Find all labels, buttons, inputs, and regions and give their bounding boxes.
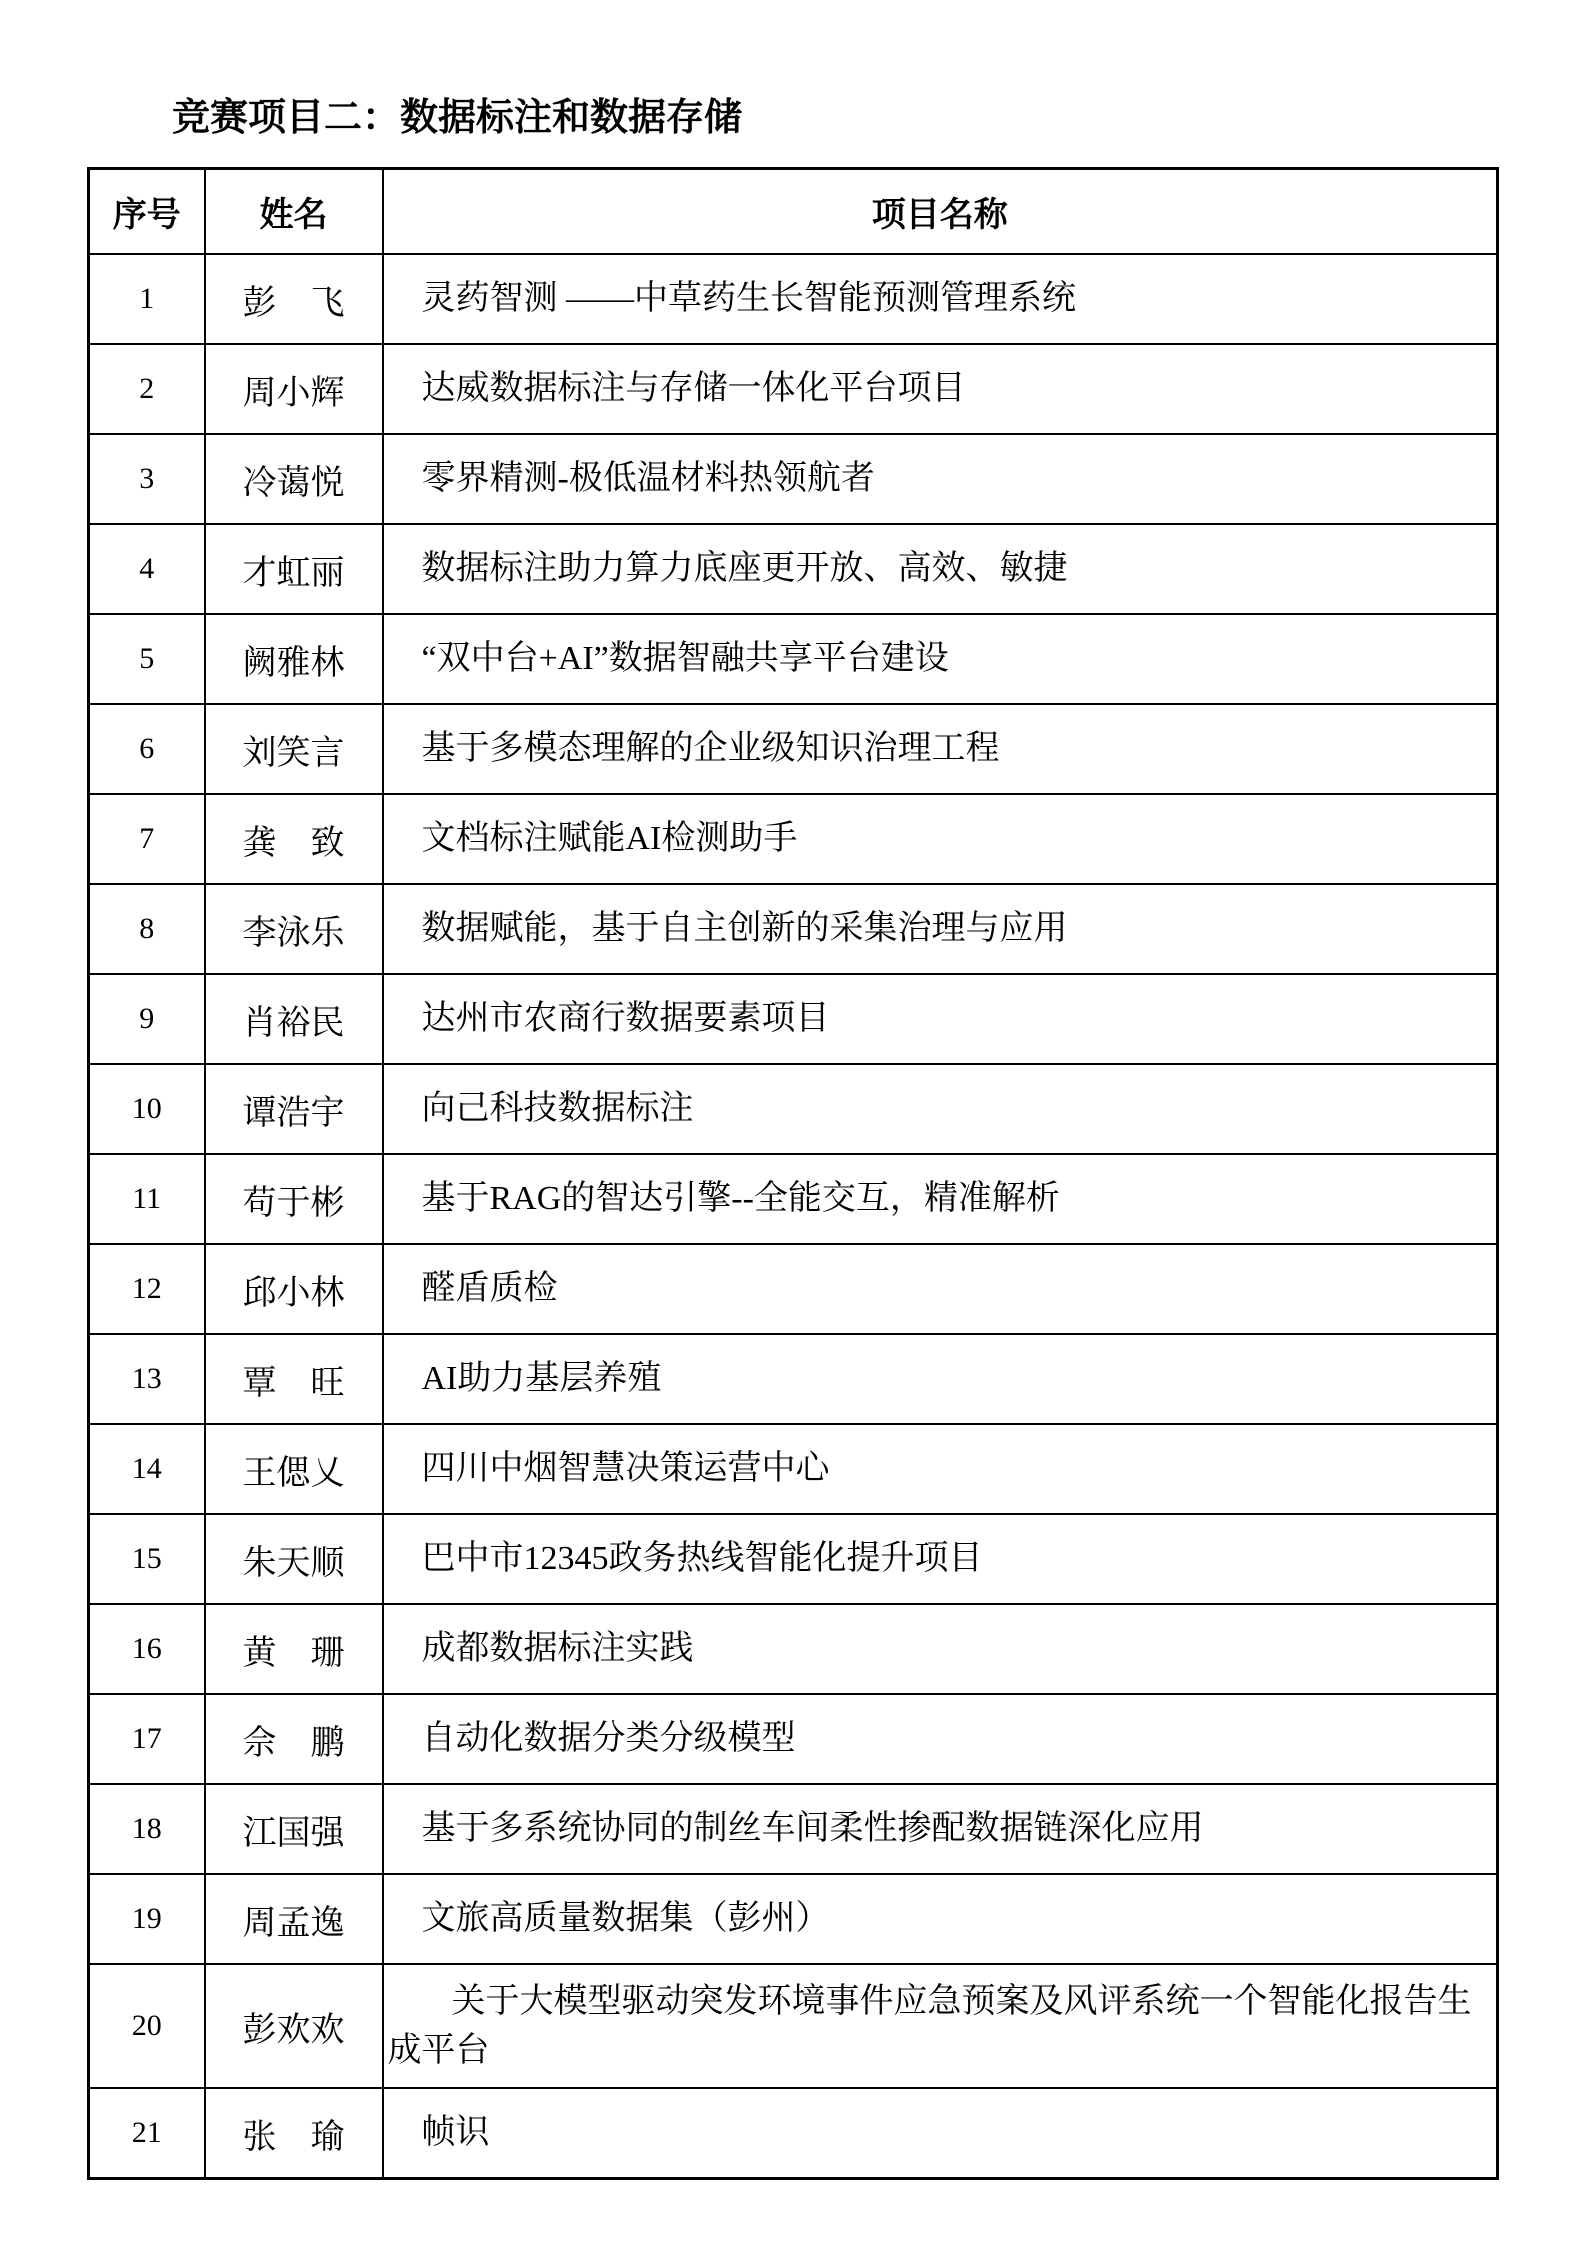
- table-header-row: 序号 姓名 项目名称: [89, 169, 1498, 255]
- document-title: 竞赛项目二：数据标注和数据存储: [172, 96, 742, 142]
- cell-project: 文档标注赋能AI检测助手: [383, 794, 1498, 884]
- cell-name: 才虹丽: [205, 524, 383, 614]
- table-row: 18江国强基于多系统协同的制丝车间柔性掺配数据链深化应用: [89, 1784, 1498, 1874]
- cell-name: 李泳乐: [205, 884, 383, 974]
- cell-project: 数据赋能，基于自主创新的采集治理与应用: [383, 884, 1498, 974]
- header-project: 项目名称: [383, 169, 1498, 255]
- cell-project: 自动化数据分类分级模型: [383, 1694, 1498, 1784]
- table-row: 2周小辉达威数据标注与存储一体化平台项目: [89, 344, 1498, 434]
- table-body: 1彭 飞灵药智测 ——中草药生长智能预测管理系统2周小辉达威数据标注与存储一体化…: [89, 254, 1498, 2179]
- table-row: 11苟于彬基于RAG的智达引擎--全能交互，精准解析: [89, 1154, 1498, 1244]
- table-row: 20彭欢欢关于大模型驱动突发环境事件应急预案及风评系统一个智能化报告生成平台: [89, 1964, 1498, 2088]
- cell-name: 黄 珊: [205, 1604, 383, 1694]
- cell-name: 朱天顺: [205, 1514, 383, 1604]
- cell-name: 彭 飞: [205, 254, 383, 344]
- cell-name: 张 瑜: [205, 2088, 383, 2179]
- cell-project: 关于大模型驱动突发环境事件应急预案及风评系统一个智能化报告生成平台: [383, 1964, 1498, 2088]
- table-row: 13覃 旺AI助力基层养殖: [89, 1334, 1498, 1424]
- cell-project: 巴中市12345政务热线智能化提升项目: [383, 1514, 1498, 1604]
- cell-name: 邱小林: [205, 1244, 383, 1334]
- table-row: 12邱小林醛盾质检: [89, 1244, 1498, 1334]
- cell-serial: 9: [89, 974, 205, 1064]
- table-row: 17佘 鹏自动化数据分类分级模型: [89, 1694, 1498, 1784]
- cell-name: 苟于彬: [205, 1154, 383, 1244]
- table-row: 21张 瑜帧识: [89, 2088, 1498, 2179]
- cell-serial: 5: [89, 614, 205, 704]
- cell-serial: 12: [89, 1244, 205, 1334]
- cell-serial: 4: [89, 524, 205, 614]
- cell-serial: 3: [89, 434, 205, 524]
- header-name: 姓名: [205, 169, 383, 255]
- cell-serial: 21: [89, 2088, 205, 2179]
- header-serial: 序号: [89, 169, 205, 255]
- table-row: 4才虹丽数据标注助力算力底座更开放、高效、敏捷: [89, 524, 1498, 614]
- table-row: 3冷蔼悦零界精测-极低温材料热领航者: [89, 434, 1498, 524]
- cell-project: 达威数据标注与存储一体化平台项目: [383, 344, 1498, 434]
- cell-serial: 17: [89, 1694, 205, 1784]
- cell-name: 彭欢欢: [205, 1964, 383, 2088]
- cell-name: 谭浩宇: [205, 1064, 383, 1154]
- cell-serial: 11: [89, 1154, 205, 1244]
- cell-name: 龚 致: [205, 794, 383, 884]
- table-row: 14王偲乂四川中烟智慧决策运营中心: [89, 1424, 1498, 1514]
- cell-name: 周孟逸: [205, 1874, 383, 1964]
- document-page: 竞赛项目二：数据标注和数据存储 序号 姓名 项目名称 1彭 飞灵药智测 ——中草…: [0, 0, 1587, 2245]
- cell-project: 基于多模态理解的企业级知识治理工程: [383, 704, 1498, 794]
- table-row: 15朱天顺巴中市12345政务热线智能化提升项目: [89, 1514, 1498, 1604]
- cell-name: 肖裕民: [205, 974, 383, 1064]
- cell-name: 佘 鹏: [205, 1694, 383, 1784]
- cell-project: 达州市农商行数据要素项目: [383, 974, 1498, 1064]
- cell-project: 向己科技数据标注: [383, 1064, 1498, 1154]
- table-row: 7龚 致文档标注赋能AI检测助手: [89, 794, 1498, 884]
- cell-serial: 15: [89, 1514, 205, 1604]
- cell-project: 成都数据标注实践: [383, 1604, 1498, 1694]
- cell-project: 灵药智测 ——中草药生长智能预测管理系统: [383, 254, 1498, 344]
- cell-project: 文旅高质量数据集（彭州）: [383, 1874, 1498, 1964]
- cell-project: 零界精测-极低温材料热领航者: [383, 434, 1498, 524]
- projects-table: 序号 姓名 项目名称 1彭 飞灵药智测 ——中草药生长智能预测管理系统2周小辉达…: [87, 167, 1499, 2180]
- cell-project: 基于多系统协同的制丝车间柔性掺配数据链深化应用: [383, 1784, 1498, 1874]
- cell-name: 覃 旺: [205, 1334, 383, 1424]
- cell-serial: 2: [89, 344, 205, 434]
- cell-serial: 20: [89, 1964, 205, 2088]
- cell-project: “双中台+AI”数据智融共享平台建设: [383, 614, 1498, 704]
- cell-serial: 18: [89, 1784, 205, 1874]
- table-row: 8李泳乐数据赋能，基于自主创新的采集治理与应用: [89, 884, 1498, 974]
- table-row: 6刘笑言基于多模态理解的企业级知识治理工程: [89, 704, 1498, 794]
- cell-serial: 14: [89, 1424, 205, 1514]
- cell-project: 基于RAG的智达引擎--全能交互，精准解析: [383, 1154, 1498, 1244]
- cell-project: 醛盾质检: [383, 1244, 1498, 1334]
- table-row: 9肖裕民达州市农商行数据要素项目: [89, 974, 1498, 1064]
- cell-name: 江国强: [205, 1784, 383, 1874]
- cell-serial: 16: [89, 1604, 205, 1694]
- cell-name: 阙雅林: [205, 614, 383, 704]
- table-row: 19周孟逸文旅高质量数据集（彭州）: [89, 1874, 1498, 1964]
- cell-serial: 19: [89, 1874, 205, 1964]
- cell-name: 王偲乂: [205, 1424, 383, 1514]
- table-row: 1彭 飞灵药智测 ——中草药生长智能预测管理系统: [89, 254, 1498, 344]
- cell-project: 数据标注助力算力底座更开放、高效、敏捷: [383, 524, 1498, 614]
- cell-serial: 1: [89, 254, 205, 344]
- cell-serial: 6: [89, 704, 205, 794]
- cell-name: 周小辉: [205, 344, 383, 434]
- table-row: 10谭浩宇向己科技数据标注: [89, 1064, 1498, 1154]
- cell-name: 刘笑言: [205, 704, 383, 794]
- cell-serial: 13: [89, 1334, 205, 1424]
- cell-project: 帧识: [383, 2088, 1498, 2179]
- cell-serial: 7: [89, 794, 205, 884]
- cell-project: AI助力基层养殖: [383, 1334, 1498, 1424]
- cell-name: 冷蔼悦: [205, 434, 383, 524]
- table-row: 5阙雅林“双中台+AI”数据智融共享平台建设: [89, 614, 1498, 704]
- cell-serial: 10: [89, 1064, 205, 1154]
- cell-project: 四川中烟智慧决策运营中心: [383, 1424, 1498, 1514]
- cell-serial: 8: [89, 884, 205, 974]
- table-row: 16黄 珊成都数据标注实践: [89, 1604, 1498, 1694]
